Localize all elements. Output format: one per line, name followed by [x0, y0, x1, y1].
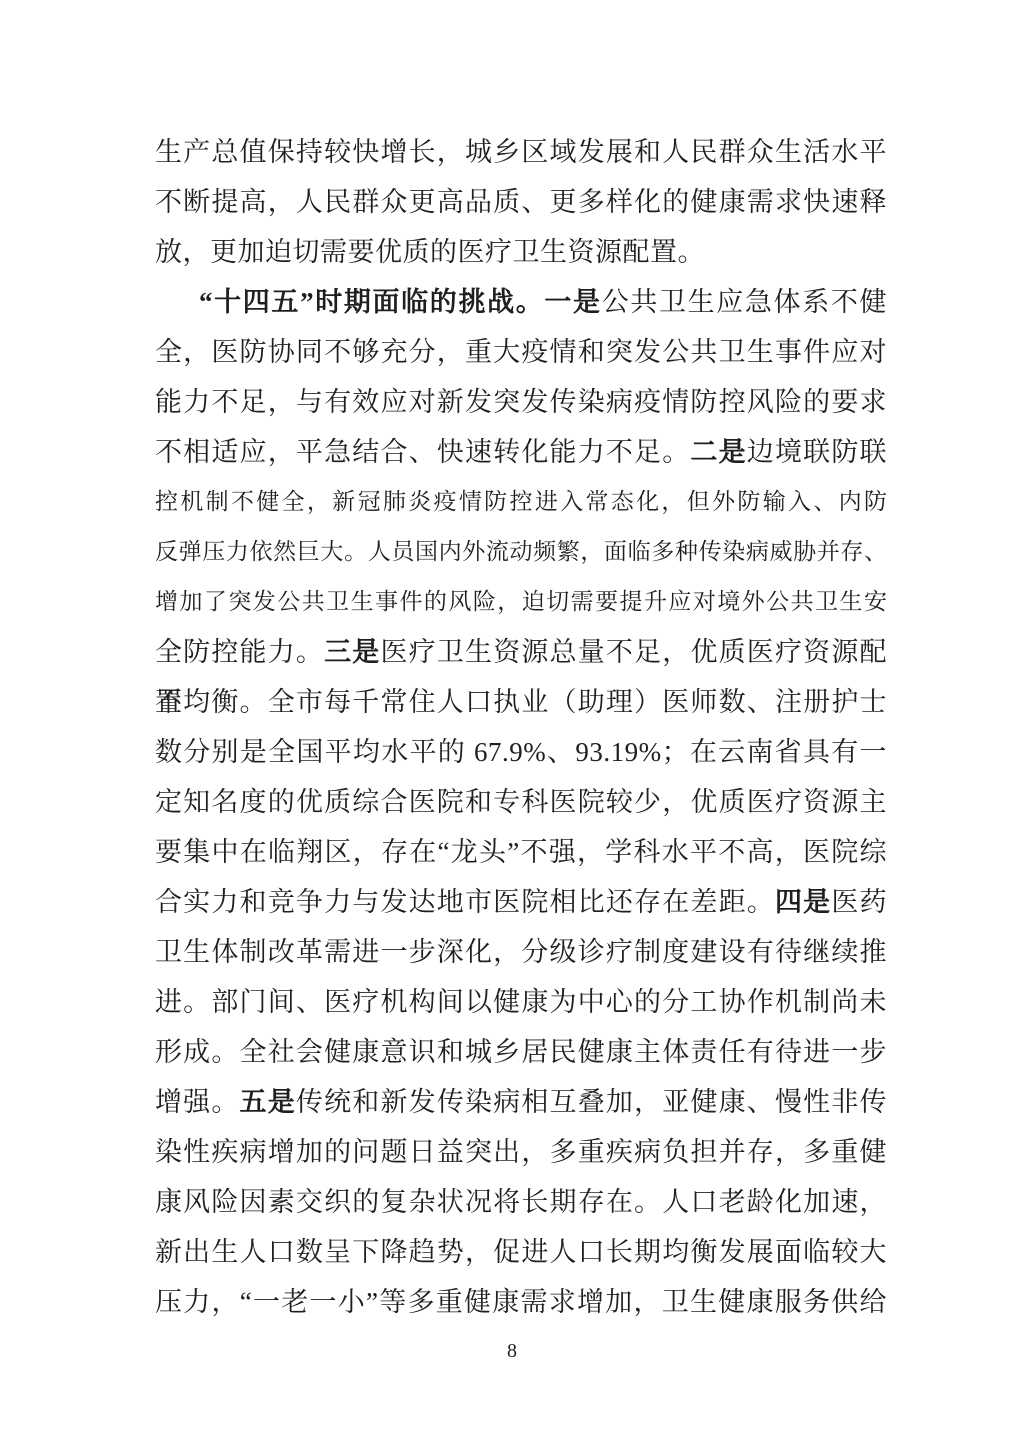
text-segment: 合实力和竞争力与发达地市医院相比还存在差距。: [155, 887, 775, 917]
text-segment: 染性疾病增加的问题日益突出，多重疾病负担并存，多重健: [155, 1137, 887, 1167]
text-line: 不均衡。全市每千常住人口执业（助理）医师数、注册护士: [155, 677, 887, 727]
text-line: 能力不足，与有效应对新发突发传染病疫情防控风险的要求: [155, 377, 887, 427]
page-number: 8: [0, 1340, 1024, 1363]
text-segment: 全防控能力。: [155, 637, 324, 667]
text-line: 控机制不健全，新冠肺炎疫情防控进入常态化，但外防输入、内防: [155, 477, 887, 527]
text-segment: 新出生人口数呈下降趋势，促进人口长期均衡发展面临较大: [155, 1237, 887, 1267]
text-segment: 压力，“一老一小”等多重健康需求增加，卫生健康服务供给: [155, 1287, 887, 1317]
text-line: 压力，“一老一小”等多重健康需求增加，卫生健康服务供给: [155, 1277, 887, 1327]
text-line: 卫生体制改革需进一步深化，分级诊疗制度建设有待继续推: [155, 927, 887, 977]
text-line: 不断提高，人民群众更高品质、更多样化的健康需求快速释: [155, 177, 887, 227]
body-text: 生产总值保持较快增长，城乡区域发展和人民群众生活水平不断提高，人民群众更高品质、…: [155, 127, 887, 1327]
text-line: 染性疾病增加的问题日益突出，多重疾病负担并存，多重健: [155, 1127, 887, 1177]
text-segment: 反弹压力依然巨大。人员国内外流动频繁，面临多种传染病威胁并存、: [155, 539, 887, 564]
text-line: 全防控能力。三是医疗卫生资源总量不足，优质医疗资源配置: [155, 627, 887, 677]
text-line: 合实力和竞争力与发达地市医院相比还存在差距。四是医药: [155, 877, 887, 927]
text-line: 定知名度的优质综合医院和专科医院较少，优质医疗资源主: [155, 777, 887, 827]
text-line: 生产总值保持较快增长，城乡区域发展和人民群众生活水平: [155, 127, 887, 177]
text-segment: 传统和新发传染病相互叠加，亚健康、慢性非传: [296, 1087, 887, 1117]
text-segment: 生产总值保持较快增长，城乡区域发展和人民群众生活水平: [155, 137, 887, 167]
text-line: 反弹压力依然巨大。人员国内外流动频繁，面临多种传染病威胁并存、: [155, 527, 887, 577]
text-line: 全，医防协同不够充分，重大疫情和突发公共卫生事件应对: [155, 327, 887, 377]
text-segment: 不相适应，平急结合、快速转化能力不足。: [155, 437, 690, 467]
text-segment: 定知名度的优质综合医院和专科医院较少，优质医疗资源主: [155, 787, 887, 817]
text-line: 数分别是全国平均水平的 67.9%、93.19%；在云南省具有一: [155, 727, 887, 777]
text-segment: 康风险因素交织的复杂状况将长期存在。人口老龄化加速，: [155, 1187, 887, 1217]
text-line: 进。部门间、医疗机构间以健康为中心的分工协作机制尚未: [155, 977, 887, 1027]
text-segment: 公共卫生应急体系不健: [602, 287, 887, 317]
text-segment: 不均衡。全市每千常住人口执业（助理）医师数、注册护士: [155, 687, 887, 717]
document-page: { "page": { "background_color": "#ffffff…: [0, 0, 1024, 1448]
text-line: 新出生人口数呈下降趋势，促进人口长期均衡发展面临较大: [155, 1227, 887, 1277]
text-segment: 增强。: [155, 1087, 240, 1117]
text-line: 要集中在临翔区，存在“龙头”不强，学科水平不高，医院综: [155, 827, 887, 877]
bold-text-segment: 三是: [324, 637, 380, 667]
text-segment: 放，更加迫切需要优质的医疗卫生资源配置。: [155, 237, 705, 267]
text-line: 康风险因素交织的复杂状况将长期存在。人口老龄化加速，: [155, 1177, 887, 1227]
text-line: 形成。全社会健康意识和城乡居民健康主体责任有待进一步: [155, 1027, 887, 1077]
text-line: 增强。五是传统和新发传染病相互叠加，亚健康、慢性非传: [155, 1077, 887, 1127]
bold-text-segment: “十四五”时期面临的挑战。一是: [199, 287, 602, 317]
text-segment: 全，医防协同不够充分，重大疫情和突发公共卫生事件应对: [155, 337, 887, 367]
text-line: 增加了突发公共卫生事件的风险，迫切需要提升应对境外公共卫生安: [155, 577, 887, 627]
text-segment: 增加了突发公共卫生事件的风险，迫切需要提升应对境外公共卫生安: [155, 589, 887, 614]
text-segment: 进。部门间、医疗机构间以健康为中心的分工协作机制尚未: [155, 987, 887, 1017]
text-segment: 不断提高，人民群众更高品质、更多样化的健康需求快速释: [155, 187, 887, 217]
text-segment: 形成。全社会健康意识和城乡居民健康主体责任有待进一步: [155, 1037, 887, 1067]
text-segment: 控机制不健全，新冠肺炎疫情防控进入常态化，但外防输入、内防: [155, 489, 887, 514]
text-line: 不相适应，平急结合、快速转化能力不足。二是边境联防联: [155, 427, 887, 477]
text-line: 放，更加迫切需要优质的医疗卫生资源配置。: [155, 227, 887, 277]
text-segment: 能力不足，与有效应对新发突发传染病疫情防控风险的要求: [155, 387, 887, 417]
text-segment: 卫生体制改革需进一步深化，分级诊疗制度建设有待继续推: [155, 937, 887, 967]
text-segment: 数分别是全国平均水平的 67.9%、93.19%；在云南省具有一: [155, 737, 887, 767]
text-segment: 要集中在临翔区，存在“龙头”不强，学科水平不高，医院综: [155, 837, 887, 867]
bold-text-segment: 四是: [775, 887, 831, 917]
bold-text-segment: 二是: [690, 437, 746, 467]
bold-text-segment: 五是: [240, 1087, 296, 1117]
text-segment: 医药: [831, 887, 887, 917]
text-segment: 边境联防联: [747, 437, 887, 467]
text-line: “十四五”时期面临的挑战。一是公共卫生应急体系不健: [155, 277, 887, 327]
